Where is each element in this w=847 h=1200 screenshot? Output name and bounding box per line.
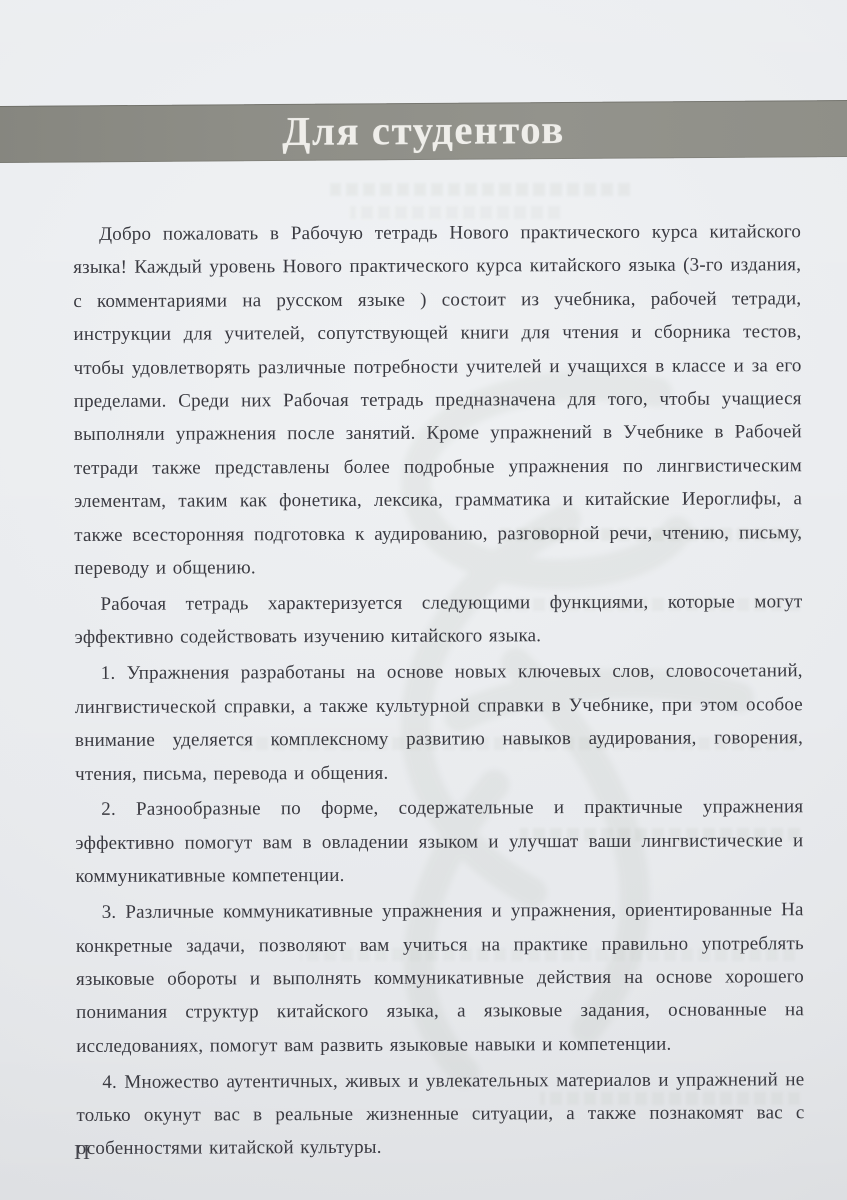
page-number: II· — [74, 1140, 106, 1165]
title-band: Для студентов — [0, 100, 847, 163]
body-paragraph-item-1: 1. Упражнения разработаны на основе новы… — [75, 654, 804, 790]
page-number-roman: II — [74, 1140, 92, 1164]
page-title: Для студентов — [282, 105, 565, 158]
page-body: Добро пожаловать в Рабочую тетрадь Новог… — [73, 215, 805, 1168]
body-paragraph-item-4: 4. Множество аутентичных, живых и увлека… — [76, 1063, 804, 1166]
body-paragraph-intro: Добро пожаловать в Рабочую тетрадь Новог… — [73, 215, 802, 585]
body-paragraph-item-2: 2. Разнообразные по форме, содержательны… — [75, 791, 803, 894]
showthrough-text-row — [330, 183, 630, 196]
body-paragraph-functions: Рабочая тетрадь характеризуется следующи… — [74, 585, 802, 655]
page-number-dot: · — [101, 1142, 106, 1158]
body-paragraph-item-3: 3. Различные коммуникативные упражнения … — [76, 893, 805, 1063]
scanned-book-page: Для студентов Добро пожаловать в Рабочую… — [0, 0, 847, 1200]
